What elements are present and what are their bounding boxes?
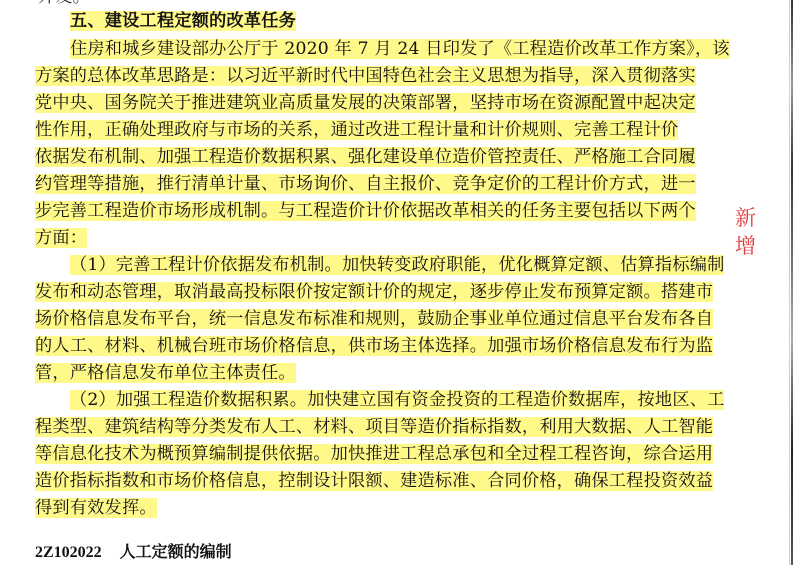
- item2-line: 得到有效发挥。: [35, 497, 157, 519]
- page-edge-shadow: [789, 0, 790, 565]
- item1-line: 的人工、材料、机械台班市场价格信息，供市场主体选择。加强市场价格信息发布行为监: [35, 335, 713, 357]
- item1-line-text: （1）完善工程计价依据发布机制。加快转变政府职能，优化概算定额、估算指标编制: [70, 255, 724, 275]
- item1-line-text: 发布和动态管理，取消最高投标限价按定额计价的规定，逐步停止发布预算定额。搭建市: [35, 282, 713, 302]
- item2-line-text: （2）加强工程造价数据积累。加快建立国有资金投资的工程造价数据库，按地区、工: [70, 390, 724, 410]
- intro-line-text: 约管理等措施，推行清单计量、市场询价、自主报价、竞争定价的工程计价方式，进一: [35, 174, 696, 194]
- section-code: 2Z102022: [35, 544, 102, 561]
- item2-line: （2）加强工程造价数据积累。加快建立国有资金投资的工程造价数据库，按地区、工: [70, 389, 724, 411]
- intro-line-text: 依据发布机制、加强工程造价数据积累、强化建设单位造价管控责任、严格施工合同履: [35, 147, 696, 167]
- section-name: 人工定额的编制: [120, 544, 232, 561]
- intro-line: 性作用，正确处理政府与市场的关系，通过改进工程计量和计价规则、完善工程计价: [35, 119, 678, 141]
- item1-line-text: 管，严格信息发布单位主体责任。: [35, 363, 296, 383]
- item1-line: 场价格信息发布平台，统一信息发布标准和规则，鼓励企事业单位通过信息平台发布各自: [35, 308, 713, 330]
- margin-note-new: 新 增: [735, 204, 759, 260]
- item1-line: 发布和动态管理，取消最高投标限价按定额计价的规定，逐步停止发布预算定额。搭建市: [35, 281, 713, 303]
- intro-line: 党中央、国务院关于推进建筑业高质量发展的决策部署，坚持市场在资源配置中起决定: [35, 92, 696, 114]
- intro-line: 步完善工程造价市场形成机制。与工程造价计价依据改革相关的任务主要包括以下两个: [35, 200, 696, 222]
- intro-line-text: 党中央、国务院关于推进建筑业高质量发展的决策部署，坚持市场在资源配置中起决定: [35, 93, 696, 113]
- cut-off-text: 开发。: [38, 0, 90, 8]
- intro-line: 住房和城乡建设部办公厅于 2020 年 7 月 24 日印发了《工程造价改革工作…: [70, 38, 730, 60]
- margin-note-char: 新: [735, 204, 759, 232]
- item1-line-text: 场价格信息发布平台，统一信息发布标准和规则，鼓励企事业单位通过信息平台发布各自: [35, 309, 713, 329]
- intro-line-text: 步完善工程造价市场形成机制。与工程造价计价依据改革相关的任务主要包括以下两个: [35, 201, 696, 221]
- item2-line: 造价指标指数和市场价格信息，控制设计限额、建造标准、合同价格，确保工程投资效益: [35, 470, 713, 492]
- document-page: 开发。 五、建设工程定额的改革任务 住房和城乡建设部办公厅于 2020 年 7 …: [0, 0, 794, 565]
- item2-line: 等信息化技术为概预算编制提供依据。加快推进工程总承包和全过程工程咨询，综合运用: [35, 443, 713, 465]
- item1-line-text: 的人工、材料、机械台班市场价格信息，供市场主体选择。加强市场价格信息发布行为监: [35, 336, 713, 356]
- intro-line-text: 性作用，正确处理政府与市场的关系，通过改进工程计量和计价规则、完善工程计价: [35, 120, 678, 140]
- margin-note-char: 增: [735, 232, 759, 260]
- item1-line: 管，严格信息发布单位主体责任。: [35, 362, 296, 384]
- item2-line-text: 等信息化技术为概预算编制提供依据。加快推进工程总承包和全过程工程咨询，综合运用: [35, 444, 713, 464]
- page-edge: [791, 0, 793, 565]
- item1-line: （1）完善工程计价依据发布机制。加快转变政府职能，优化概算定额、估算指标编制: [70, 254, 724, 276]
- section-heading: 五、建设工程定额的改革任务: [70, 10, 296, 32]
- intro-line: 依据发布机制、加强工程造价数据积累、强化建设单位造价管控责任、严格施工合同履: [35, 146, 696, 168]
- intro-line: 方面：: [35, 227, 87, 249]
- item2-line-text: 得到有效发挥。: [35, 498, 157, 518]
- intro-line-text: 方案的总体改革思路是：以习近平新时代中国特色社会主义思想为指导，深入贯彻落实: [35, 66, 696, 86]
- intro-line: 方案的总体改革思路是：以习近平新时代中国特色社会主义思想为指导，深入贯彻落实: [35, 65, 696, 87]
- intro-line: 约管理等措施，推行清单计量、市场询价、自主报价、竞争定价的工程计价方式，进一: [35, 173, 696, 195]
- heading-text: 五、建设工程定额的改革任务: [70, 11, 296, 31]
- item2-line: 程类型、建筑结构等分类发布人工、材料、项目等造价指标指数，利用大数据、人工智能: [35, 416, 713, 438]
- next-section-title: 2Z102022人工定额的编制: [35, 539, 232, 562]
- item2-line-text: 程类型、建筑结构等分类发布人工、材料、项目等造价指标指数，利用大数据、人工智能: [35, 417, 713, 437]
- intro-line-text: 方面：: [35, 228, 87, 248]
- item2-line-text: 造价指标指数和市场价格信息，控制设计限额、建造标准、合同价格，确保工程投资效益: [35, 471, 713, 491]
- intro-line-text: 住房和城乡建设部办公厅于 2020 年 7 月 24 日印发了《工程造价改革工作…: [70, 39, 730, 59]
